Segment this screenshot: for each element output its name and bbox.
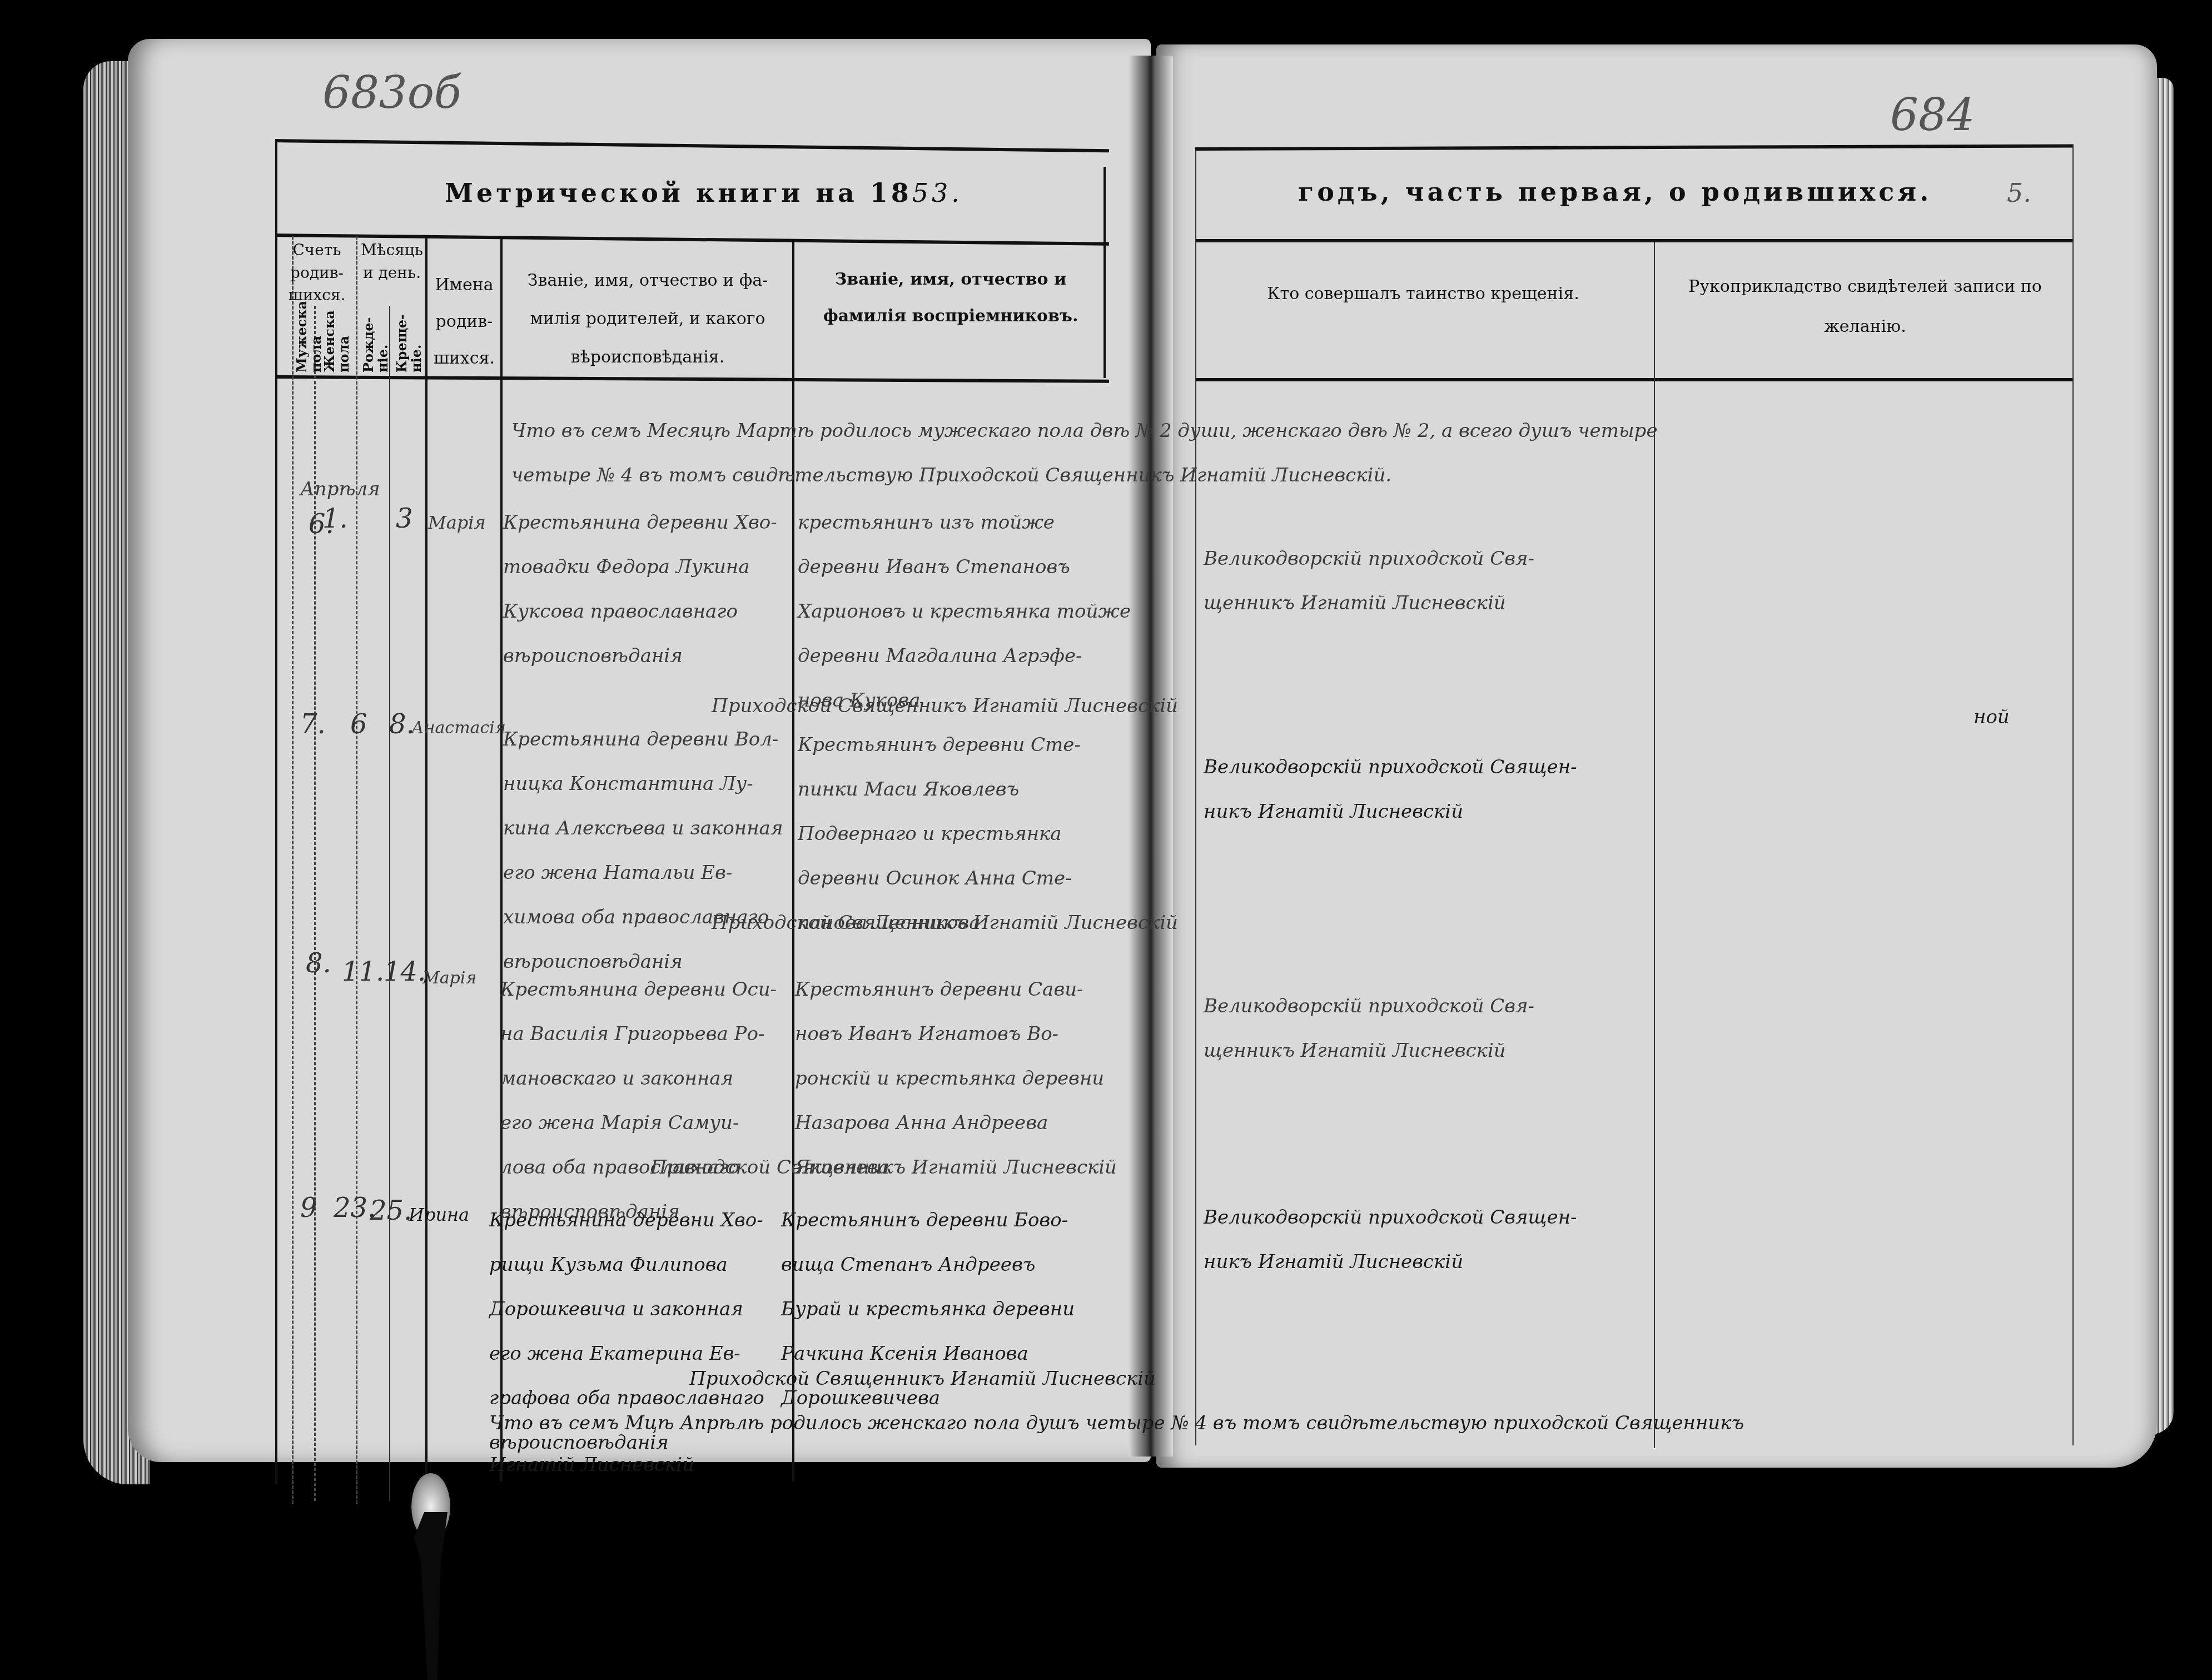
text-line: Крестьянина деревни Хво- [503,500,777,545]
rule [1103,167,1106,378]
text-line: Подвернаго и крестьянка [798,812,1081,856]
column-rule [389,306,390,1501]
column-rule [425,236,428,1509]
closing-line-1: Что въ семъ Мцѣ Апрѣлѣ родилось женскаго… [489,1401,1744,1445]
child-name: Марія [428,500,486,545]
header-parents: Званіе, имя, отчество и фа- милія родите… [511,261,784,376]
text-line: на Василія Григорьева Ро- [500,1012,777,1056]
text-line: Назарова Анна Андреева [795,1101,1104,1145]
left-page-title: Метрической книги на 1853. [445,178,963,208]
bookmark-ribbon [414,1512,448,1680]
column-rule [292,236,294,1504]
text-line: кина Алексѣева и законная [503,806,783,851]
baptism-day: 3 [396,503,413,534]
entry-footer: Приходской Священникъ Игнатій Лисневскій [712,901,1178,945]
text-line: крестьянинъ изъ тойже [798,500,1131,545]
baptism-day: 8. [389,709,415,740]
birth-day: 6 [350,709,367,740]
preamble-line-2: четыре № 4 въ томъ свидѣтельствую Приход… [511,453,1391,498]
text-line: щенникъ Игнатій Лисневскій [1204,581,1534,625]
entry-number: 9 [300,1192,317,1224]
text-line: никъ Игнатій Лисневскій [1204,1240,1577,1284]
preamble-line-1: Что въ семъ Месяцѣ Мартѣ родилось мужеск… [511,409,1658,453]
header-month-day: Мѣсяць и день. [359,239,425,284]
parents-cell: Крестьянина деревни Хво- товадки Федора … [503,500,777,678]
closing-line-2: Игнатій Лисневскій [489,1443,694,1487]
text-line: Крестьянина деревни Вол- [503,717,783,762]
folio-left: 683об [322,67,461,118]
text-line: никъ Игнатій Лисневскій [1204,789,1577,834]
text-line: Великодворскій приходской Священ- [1204,1195,1577,1240]
text-line: Харионовъ и крестьянка тойже [798,589,1131,634]
text-line: вѣроисповѣданія [503,634,777,678]
title-printed: Метрической книги на 18 [445,178,912,208]
text-line: Дорошкевича и законная [489,1287,764,1331]
text-line: рищи Кузьма Филипова [489,1242,764,1287]
text-line: вища Степанъ Андреевъ [781,1242,1075,1287]
officiant-cell: Великодворскій приходской Свя- щенникъ И… [1204,536,1534,625]
text-line: Великодворскій приходской Священ- [1204,745,1577,789]
folio-right: 684 [1890,89,1975,141]
header-baptism: Креще- ніе. [395,306,424,372]
officiant-cell: Великодворскій приходской Священ- никъ И… [1204,1195,1577,1284]
text-line: щенникъ Игнатій Лисневскій [1204,1028,1534,1073]
baptism-day: 14. [384,956,426,987]
birth-day: 11. [342,956,384,987]
text-line: деревни Магдалина Агрэфе- [798,634,1131,678]
witness-note: ной [1974,695,2010,739]
text-line: Великодворскій приходской Свя- [1204,536,1534,581]
page-mark: 5. [2007,178,2031,208]
header-male: Мужеска пола [295,306,324,372]
column-rule [356,236,357,1504]
header-witness-signatures: Рукоприкладство свидѣтелей записи по жел… [1662,267,2068,347]
text-line: Крестьянина деревни Оси- [500,967,777,1012]
officiant-cell: Великодворскій приходской Свя- щенникъ И… [1204,984,1534,1073]
child-name: Анастасія [411,706,506,750]
rule [275,139,277,1484]
title-year-handwritten: 53. [912,178,963,208]
rule [1195,378,2074,381]
text-line: его жена Натальи Ев- [503,851,783,895]
child-name: Ирина [409,1192,469,1237]
text-line: ницка Константина Лу- [503,762,783,806]
rule [1195,239,2074,242]
text-line: товадки Федора Лукина [503,545,777,589]
text-line: мановскаго и законная [500,1056,777,1101]
entry-number: 7. [300,709,326,740]
header-birth: Рожде- ніе. [361,306,391,372]
text-line: Крестьянинъ деревни Сте- [798,723,1081,767]
text-line: его жена Марія Самуи- [500,1101,777,1145]
right-page-title: годъ, часть первая, о родившихся. [1298,177,1932,207]
baptism-day: 25. [370,1195,412,1226]
text-line: Крестьянина деревни Хво- [489,1198,764,1242]
book-gutter [1129,56,1173,1457]
text-line: Бурай и крестьянка деревни [781,1287,1075,1331]
officiant-cell: Великодворскій приходской Священ- никъ И… [1204,745,1577,834]
text-line: Крестьянинъ деревни Бово- [781,1198,1075,1242]
text-line: Куксова православнаго [503,589,777,634]
entry-footer: Приходской Священникъ Игнатій Лисневскій [650,1145,1117,1190]
birth-day: 1. [322,503,348,534]
text-line: деревни Осинок Анна Сте- [798,856,1081,901]
parents-cell: Крестьянина деревни Оси- на Василія Григ… [500,967,777,1234]
text-line: деревни Иванъ Степановъ [798,545,1131,589]
header-names: Имена родив- шихся. [431,267,498,377]
header-female: Женска пола [322,306,352,372]
column-rule [1195,150,1196,1445]
text-line: ронскій и крестьянка деревни [795,1056,1104,1101]
text-line: Великодворскій приходской Свя- [1204,984,1534,1028]
text-line: Крестьянинъ деревни Сави- [795,967,1104,1012]
header-godparents: Званіе, имя, отчество и фамилія воспріем… [801,261,1101,335]
entry-number: 8. [306,948,331,979]
text-line: пинки Маси Яковлевъ [798,767,1081,812]
entry-footer: Приходской Священникъ Игнатій Лисневскій [689,1356,1156,1401]
column-rule [2072,145,2074,1445]
header-count: Счеть родив- шихся. [278,239,356,307]
header-officiant: Кто совершалъ таинство крещенія. [1201,278,1646,310]
text-line: новъ Иванъ Игнатовъ Во- [795,1012,1104,1056]
child-name: Марія [422,956,476,1001]
